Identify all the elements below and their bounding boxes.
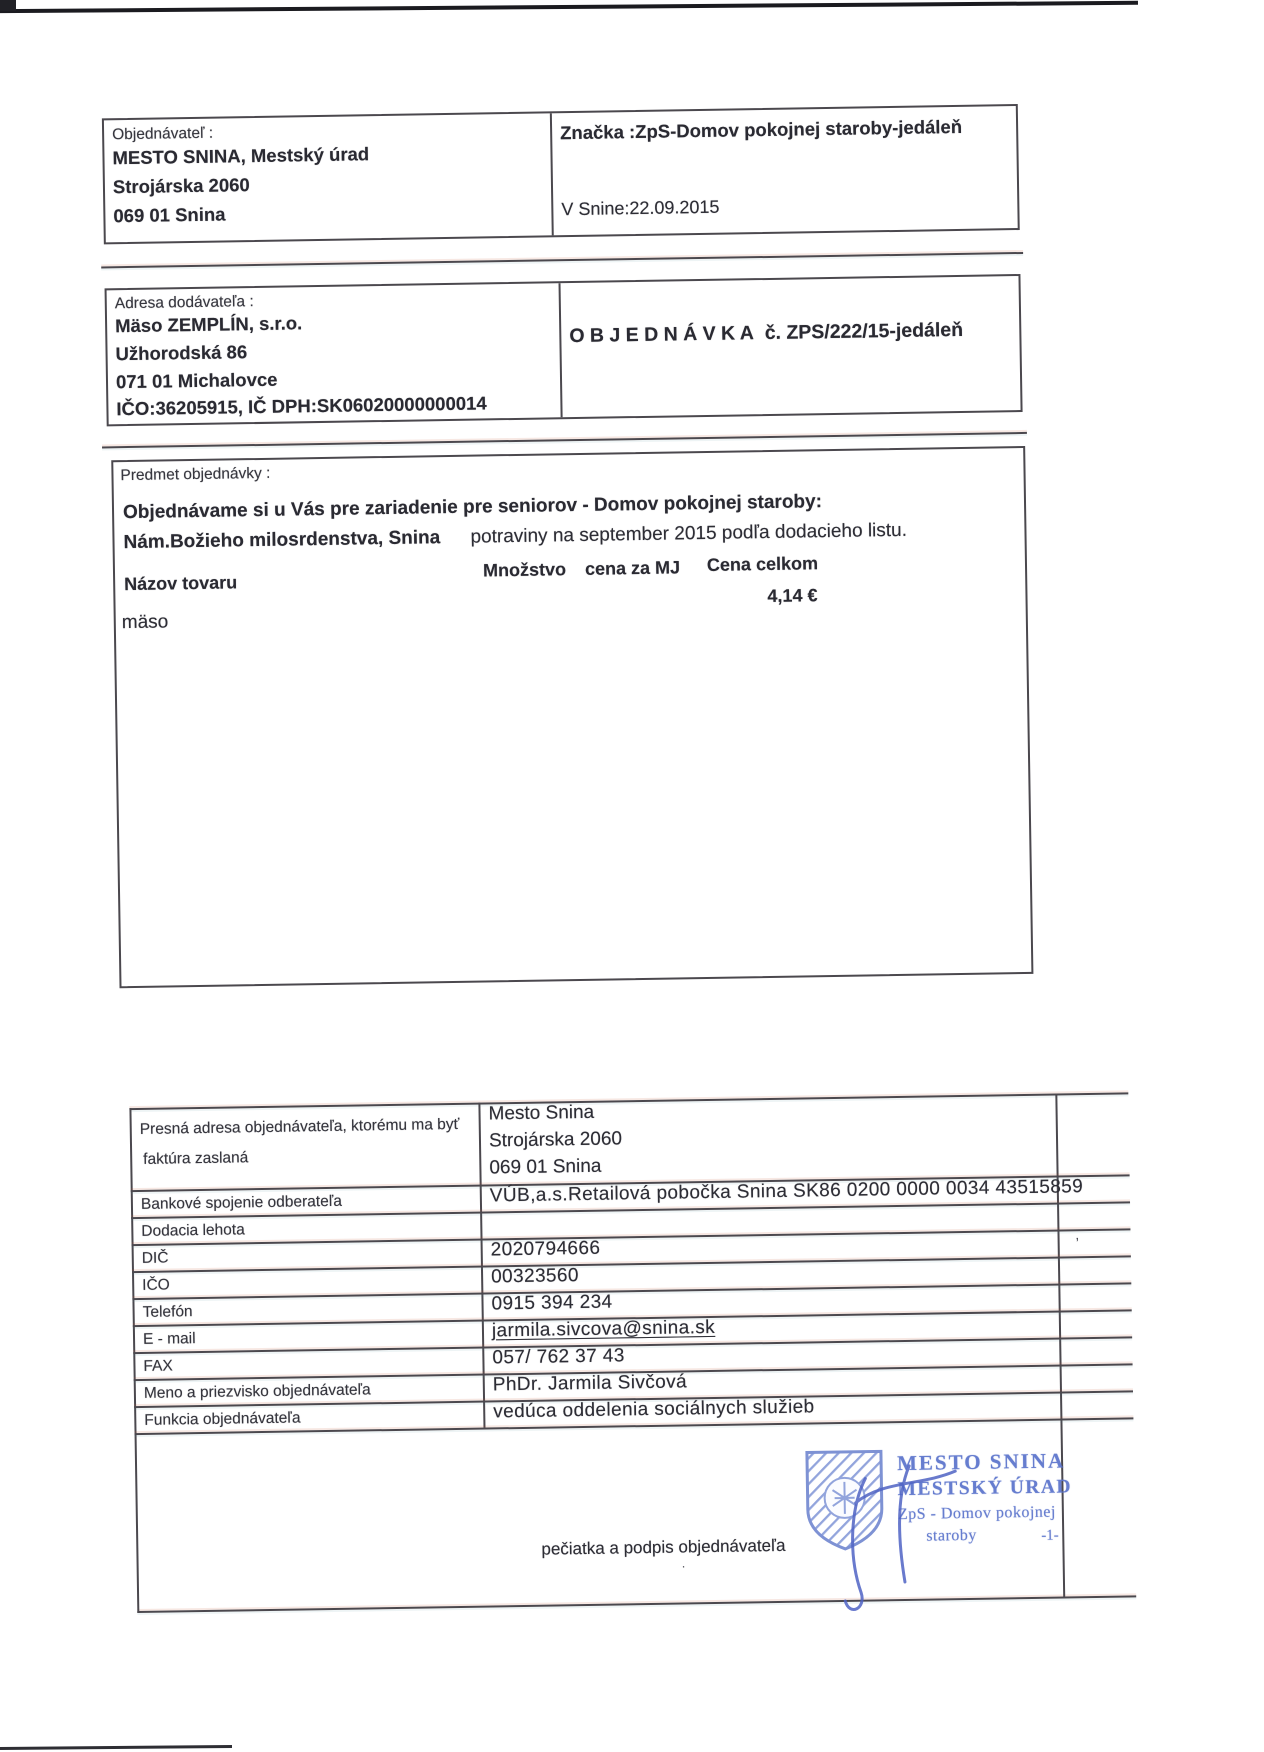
customer-label: Objednávateľ : [112, 125, 213, 145]
item-name: mäso [122, 611, 169, 634]
supplier-line: IČO:36205915, IČ DPH:SK06020000000014 [116, 392, 487, 420]
table-border-bottom [137, 1595, 1136, 1613]
row-value: 2020794666 [491, 1238, 601, 1262]
subject-box: Predmet objednávky : Objednávame si u Vá… [111, 446, 1033, 988]
row-label: E - mail [143, 1330, 196, 1349]
total-value: 4,14 € [767, 585, 817, 607]
row-value: 0915 394 234 [491, 1292, 612, 1316]
speck: ’ [1076, 1235, 1080, 1252]
supplier-box: Adresa dodávateľa : Mäso ZEMPLÍN, s.r.o.… [105, 274, 1023, 426]
row-label: Telefón [142, 1303, 192, 1322]
row-value: PhDr. Jarmila Sivčová [493, 1371, 688, 1396]
row-value: 057/ 762 37 43 [492, 1345, 625, 1369]
row-label: Presná adresa objednávateľa, ktorému ma … [140, 1116, 460, 1139]
reference-mark: Značka :ZpS-Domov pokojnej staroby-jedál… [560, 116, 962, 144]
stamp-page-marker: -1- [1041, 1528, 1059, 1545]
details-table: Presná adresa objednávateľa, ktorému ma … [129, 1092, 1136, 1613]
row-label: Bankové spojenie odberateľa [141, 1193, 342, 1214]
supplier-line: Užhorodská 86 [115, 341, 247, 365]
column-header-item: Názov tovaru [124, 572, 237, 595]
row-value: vedúca oddelenia sociálnych služieb [493, 1396, 815, 1423]
supplier-label: Adresa dodávateľa : [115, 293, 254, 313]
speck: . [682, 1555, 686, 1570]
column-header-qty: Množstvo [483, 559, 566, 581]
supplier-box-divider [559, 283, 563, 417]
order-number: č. ZPS/222/15-jedáleň [765, 319, 964, 344]
row-value: 069 01 Snina [489, 1156, 601, 1180]
row-label: faktúra zaslaná [143, 1149, 248, 1169]
row-label: FAX [143, 1357, 173, 1375]
separator-line [102, 432, 1027, 449]
reference-place-date: V Snine:22.09.2015 [561, 197, 719, 220]
order-title: O B J E D N Á V K A [569, 322, 754, 347]
row-value: Strojárska 2060 [489, 1128, 622, 1152]
subject-label: Predmet objednávky : [120, 465, 270, 485]
stamp-caption: pečiatka a podpis objednávateľa [541, 1536, 785, 1560]
customer-box-divider [550, 113, 554, 235]
document-sheet: Objednávateľ : MESTO SNINA, Mestský úrad… [0, 0, 1264, 1752]
row-value-email: jarmila.sivcova@snina.sk [492, 1317, 716, 1343]
supplier-line: Mäso ZEMPLÍN, s.r.o. [115, 312, 302, 337]
subject-line2-right: potraviny na september 2015 podľa dodaci… [470, 520, 907, 549]
row-label: Funkcia objednávateľa [144, 1409, 300, 1429]
row-label: IČO [142, 1276, 170, 1294]
customer-line: Strojárska 2060 [113, 174, 250, 198]
supplier-line: 071 01 Michalovce [116, 369, 278, 394]
column-header-total: Cena celkom [707, 553, 818, 576]
table-row-invoice-address: Presná adresa objednávateľa, ktorému ma … [129, 1092, 1129, 1190]
subject-line1: Objednávame si u Vás pre zariadenie pre … [123, 491, 822, 524]
row-label: Meno a priezvisko objednávateľa [144, 1381, 371, 1403]
separator-line [101, 252, 1023, 268]
order-heading: O B J E D N Á V K A č. ZPS/222/15-jedále… [569, 319, 963, 348]
row-value: Mesto Snina [488, 1102, 594, 1126]
row-label: DIČ [142, 1250, 169, 1268]
signature-icon [835, 1455, 968, 1622]
subject-line2-left: Nám.Božieho milosrdenstva, Snina [123, 527, 440, 554]
row-value: 00323560 [491, 1265, 579, 1288]
customer-box: Objednávateľ : MESTO SNINA, Mestský úrad… [102, 104, 1020, 244]
customer-line: 069 01 Snina [113, 203, 225, 227]
row-label: Dodacia lehota [141, 1221, 245, 1241]
customer-line: MESTO SNINA, Mestský úrad [112, 143, 369, 169]
column-header-unit-price: cena za MJ [585, 557, 680, 579]
